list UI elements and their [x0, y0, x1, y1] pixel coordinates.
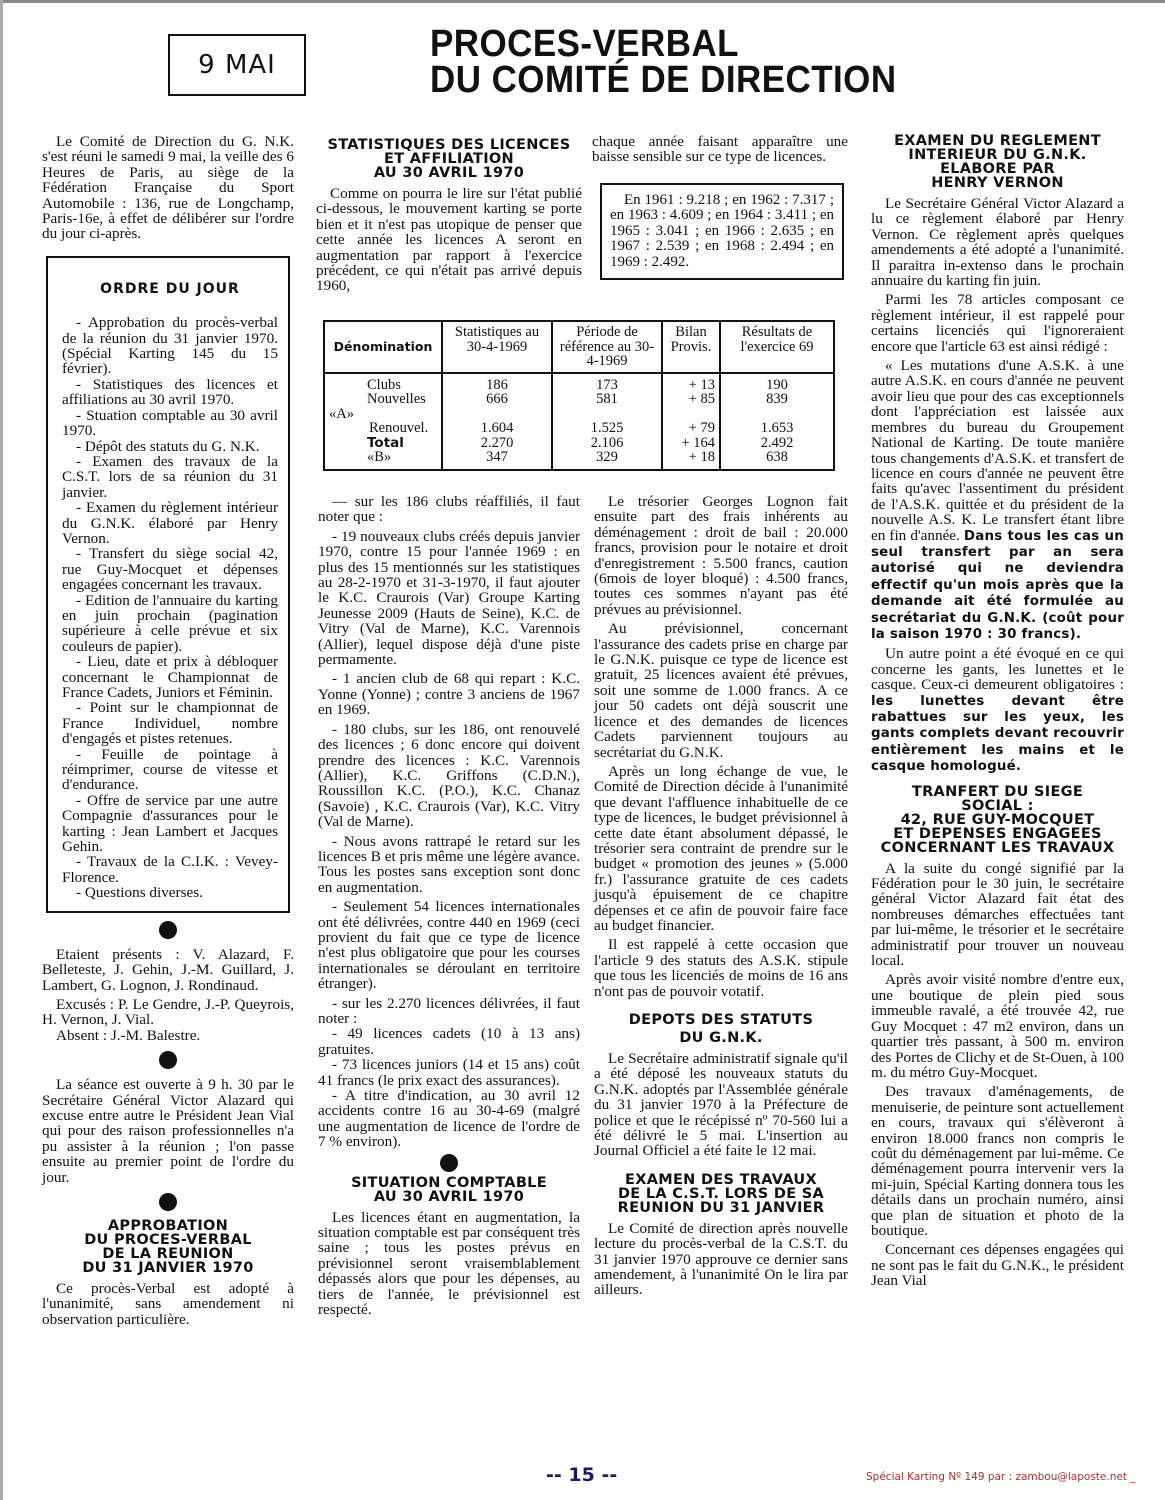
- heading-line: STATISTIQUES DES LICENCES: [316, 138, 582, 152]
- bullet-separator-icon: [440, 1154, 458, 1172]
- equipment-text: Un autre point a été évoqué en ce qui co…: [871, 645, 1124, 693]
- agenda-item: - Approbation du procès-verbal de la réu…: [62, 315, 278, 377]
- page-title: PROCES-VERBAL DU COMITÉ DE DIRECTION: [430, 26, 897, 98]
- heading-line: DU PROCES-VERBAL: [42, 1233, 294, 1247]
- header-bilan: Bilan Provis.: [662, 321, 720, 373]
- agenda-item: - Examen des travaux de la C.S.T. lors d…: [62, 454, 278, 500]
- heading-line: DU G.N.K.: [594, 1031, 848, 1045]
- paragraph: - Seulement 54 licences internationales …: [318, 899, 580, 991]
- result-values: 190 839 1.653 2.492 638: [720, 373, 834, 470]
- cell-value: 839: [725, 392, 829, 407]
- history-text: En 1961 : 9.218 ; en 1962 : 7.317 ; en 1…: [610, 193, 834, 271]
- heading-line: ELABORE PAR: [871, 162, 1124, 176]
- equipment-paragraph: Un autre point a été évoqué en ce qui co…: [871, 646, 1124, 774]
- title-line-2: DU COMITÉ DE DIRECTION: [430, 62, 897, 98]
- bilan-values: + 13 + 85 + 79 + 164 + 18: [662, 373, 720, 470]
- cell-value: 1.653: [725, 421, 829, 436]
- cell-value: 1.525: [557, 421, 657, 436]
- header-denomination: Dénomination: [324, 321, 442, 373]
- heading-line: DU 31 JANVIER 1970: [42, 1261, 294, 1275]
- heading-line: 42, RUE GUY-MOCQUET: [871, 813, 1124, 827]
- cell-value: 329: [557, 450, 657, 465]
- agenda-item: - Statistiques des licences et affiliati…: [62, 377, 278, 408]
- group-label: «A»: [329, 407, 437, 422]
- column-3: Le trésorier Georges Lognon fait ensuite…: [594, 494, 848, 1302]
- cell-value: + 164: [667, 436, 715, 451]
- paragraph: Au prévisionnel, concernant l'assurance …: [594, 621, 848, 760]
- reglement-paragraph: Le Secrétaire Général Victor Alazard a l…: [871, 196, 1124, 288]
- paragraph: - sur les 2.270 licences délivrées, il f…: [318, 996, 580, 1027]
- stat-values: 186 666 1.604 2.270 347: [442, 373, 552, 470]
- agenda-title: ORDRE DU JOUR: [62, 282, 278, 297]
- date-box: 9 MAI: [168, 34, 306, 96]
- header-periode: Période de référence au 30-4-1969: [552, 321, 662, 373]
- equipment-text-bold: les lunettes devant être rabattues sur l…: [871, 694, 1124, 775]
- title-line-1: PROCES-VERBAL: [430, 26, 897, 62]
- stats-continuation-column: chaque année faisant apparaître une bais…: [592, 134, 848, 280]
- stats-intro: Comme on pourra le lire sur l'état publi…: [316, 186, 582, 294]
- paragraph: — sur les 186 clubs réaffiliés, il faut …: [318, 494, 580, 525]
- paragraph: Le trésorier Georges Lognon fait ensuite…: [594, 494, 848, 617]
- cell-value: 666: [447, 392, 547, 407]
- column-4: EXAMEN DU REGLEMENT INTERIEUR DU G.N.K. …: [871, 134, 1124, 1293]
- page-number: -- 15 --: [546, 1464, 617, 1486]
- header-resultats: Résultats de l'exercice 69: [720, 321, 834, 373]
- paragraph: - 49 licences cadets (10 à 13 ans) gratu…: [318, 1026, 580, 1057]
- header-statistiques: Statistiques au 30-4-1969: [442, 321, 552, 373]
- cell-value: 173: [557, 378, 657, 393]
- agenda-item: - Examen du règlement intérieur du G.N.K…: [62, 500, 278, 546]
- cell-value: 638: [725, 450, 829, 465]
- paragraph: - 73 licences juniors (14 et 15 ans) coû…: [318, 1057, 580, 1088]
- heading-line: AU 30 AVRIL 1970: [318, 1190, 580, 1204]
- cell-value: 186: [447, 378, 547, 393]
- depots-text: Le Secrétaire administratif signale qu'i…: [594, 1051, 848, 1159]
- approval-text: Ce procès-Verbal est adopté à l'unanimit…: [42, 1281, 294, 1327]
- transfert-heading: TRANFERT DU SIEGE SOCIAL : 42, RUE GUY-M…: [871, 785, 1124, 855]
- cell-value: 2.270: [447, 436, 547, 451]
- paragraph: Des travaux d'aménagements, de menuiseri…: [871, 1084, 1124, 1238]
- heading-line: SOCIAL :: [871, 799, 1124, 813]
- heading-line: ET DEPENSES ENGAGEES: [871, 827, 1124, 841]
- paragraph: - Nous avons rattrapé le retard sur les …: [318, 834, 580, 896]
- depots-heading: DEPOTS DES STATUTS DU G.N.K.: [594, 1013, 848, 1045]
- heading-line: APPROBATION: [42, 1219, 294, 1233]
- footer-credit: Spécial Karting Nº 149 par : zambou@lapo…: [866, 1471, 1136, 1483]
- situation-heading: SITUATION COMPTABLE AU 30 AVRIL 1970: [318, 1176, 580, 1204]
- cell-value: 190: [725, 378, 829, 393]
- paragraph: Après avoir visité nombre d'entre eux, u…: [871, 972, 1124, 1080]
- article-text: « Les mutations d'une A.S.K. à une autre…: [871, 357, 1124, 543]
- stats-heading: STATISTIQUES DES LICENCES ET AFFILIATION…: [316, 138, 582, 180]
- row-label-total: Total: [329, 436, 437, 451]
- bullet-separator-icon: [159, 921, 177, 939]
- agenda-item: - Point sur le championnat de France Ind…: [62, 700, 278, 746]
- paragraph: - 1 ancien club de 68 qui repart : K.C. …: [318, 671, 580, 717]
- licence-stats-table: Dénomination Statistiques au 30-4-1969 P…: [323, 320, 835, 471]
- paragraph: Concernant ces dépenses engagées qui ne …: [871, 1242, 1124, 1288]
- heading-line: DE LA REUNION: [42, 1247, 294, 1261]
- heading-line: DE LA C.S.T. LORS DE SA: [594, 1187, 848, 1201]
- left-border: [0, 0, 3, 1500]
- paragraph: - 19 nouveaux clubs créés depuis janvier…: [318, 529, 580, 668]
- cell-value: + 13: [667, 378, 715, 393]
- cell-value: 581: [557, 392, 657, 407]
- agenda-item: - Edition de l'annuaire du karting en ju…: [62, 593, 278, 655]
- heading-line: ET AFFILIATION: [316, 152, 582, 166]
- heading-line: CONCERNANT LES TRAVAUX: [871, 841, 1124, 855]
- row-label: Nouvelles: [329, 392, 437, 407]
- paragraph: Il est rappelé à cette occasion que l'ar…: [594, 937, 848, 999]
- cst-text: Le Comité de direction après nouvelle le…: [594, 1221, 848, 1298]
- heading-line: SITUATION COMPTABLE: [318, 1176, 580, 1190]
- agenda-item: - Dépôt des statuts du G. N.K.: [62, 439, 278, 454]
- heading-line: INTERIEUR DU G.N.K.: [871, 148, 1124, 162]
- row-labels: Clubs Nouvelles «A» Renouvel. Total «B»: [324, 373, 442, 470]
- table-header-row: Dénomination Statistiques au 30-4-1969 P…: [324, 321, 834, 373]
- article-text-bold: Dans tous les cas un seul transfert par …: [871, 529, 1124, 642]
- paragraph: Après un long échange de vue, le Comité …: [594, 764, 848, 933]
- bullet-separator-icon: [159, 1193, 177, 1211]
- column-2: — sur les 186 clubs réaffiliés, il faut …: [318, 494, 580, 1322]
- agenda-item: - Transfert du siège social 42, rue Guy-…: [62, 546, 278, 592]
- cell-value: 1.604: [447, 421, 547, 436]
- row-label: «B»: [329, 450, 437, 465]
- heading-line: HENRY VERNON: [871, 176, 1124, 190]
- agenda-item: - Feuille de pointage à réimprimer, cour…: [62, 747, 278, 793]
- attendees-absent: Absent : J.-M. Balestre.: [42, 1028, 294, 1043]
- agenda-item: - Lieu, date et prix à débloquer concern…: [62, 654, 278, 700]
- ref-values: 173 581 1.525 2.106 329: [552, 373, 662, 470]
- opening-paragraph: La séance est ouverte à 9 h. 30 par le S…: [42, 1077, 294, 1185]
- cst-heading: EXAMEN DES TRAVAUX DE LA C.S.T. LORS DE …: [594, 1173, 848, 1215]
- intro-paragraph: Le Comité de Direction du G. N.K. s'est …: [42, 134, 294, 242]
- column-1: Le Comité de Direction du G. N.K. s'est …: [42, 134, 294, 1331]
- heading-line: EXAMEN DU REGLEMENT: [871, 134, 1124, 148]
- attendees-excused: Excusés : P. Le Gendre, J.-P. Queyrois, …: [42, 997, 294, 1028]
- stats-intro-column: STATISTIQUES DES LICENCES ET AFFILIATION…: [316, 138, 582, 298]
- situation-text: Les licences étant en augmentation, la s…: [318, 1210, 580, 1318]
- heading-line: DEPOTS DES STATUTS: [594, 1013, 848, 1027]
- table-row: Clubs Nouvelles «A» Renouvel. Total «B» …: [324, 373, 834, 470]
- cell-value: + 79: [667, 421, 715, 436]
- row-label: Clubs: [329, 378, 437, 393]
- cell-value: + 85: [667, 392, 715, 407]
- cell-value: + 18: [667, 450, 715, 465]
- agenda-item: - Stuation comptable au 30 avril 1970.: [62, 408, 278, 439]
- heading-line: EXAMEN DES TRAVAUX: [594, 1173, 848, 1187]
- heading-line: REUNION DU 31 JANVIER: [594, 1201, 848, 1215]
- heading-line: AU 30 AVRIL 1970: [316, 166, 582, 180]
- cell-value: 2.106: [557, 436, 657, 451]
- attendees-present: Etaient présents : V. Alazard, F. Bellet…: [42, 947, 294, 993]
- top-border: [0, 0, 1165, 3]
- cell-value: 2.492: [725, 436, 829, 451]
- paragraph: - 180 clubs, sur les 186, ont renouvelé …: [318, 722, 580, 830]
- approval-heading: APPROBATION DU PROCES-VERBAL DE LA REUNI…: [42, 1219, 294, 1275]
- stats-intro-continued: chaque année faisant apparaître une bais…: [592, 134, 848, 165]
- reglement-paragraph: Parmi les 78 articles composant ce règle…: [871, 292, 1124, 354]
- agenda-item: - Travaux de la C.I.K. : Vevey-Florence.: [62, 854, 278, 885]
- reglement-heading: EXAMEN DU REGLEMENT INTERIEUR DU G.N.K. …: [871, 134, 1124, 190]
- agenda-item: - Offre de service par une autre Compagn…: [62, 793, 278, 855]
- agenda-item: - Questions diverses.: [62, 885, 278, 900]
- bullet-separator-icon: [159, 1051, 177, 1069]
- paragraph: - A titre d'indication, au 30 avril 12 a…: [318, 1088, 580, 1150]
- row-label: Renouvel.: [329, 421, 437, 436]
- history-box: En 1961 : 9.218 ; en 1962 : 7.317 ; en 1…: [600, 183, 844, 281]
- paragraph: A la suite du congé signifié par la Fédé…: [871, 861, 1124, 969]
- article-63-quote: « Les mutations d'une A.S.K. à une autre…: [871, 358, 1124, 642]
- heading-line: TRANFERT DU SIEGE: [871, 785, 1124, 799]
- cell-value: 347: [447, 450, 547, 465]
- agenda-box: ORDRE DU JOUR - Approbation du procès-ve…: [46, 256, 290, 913]
